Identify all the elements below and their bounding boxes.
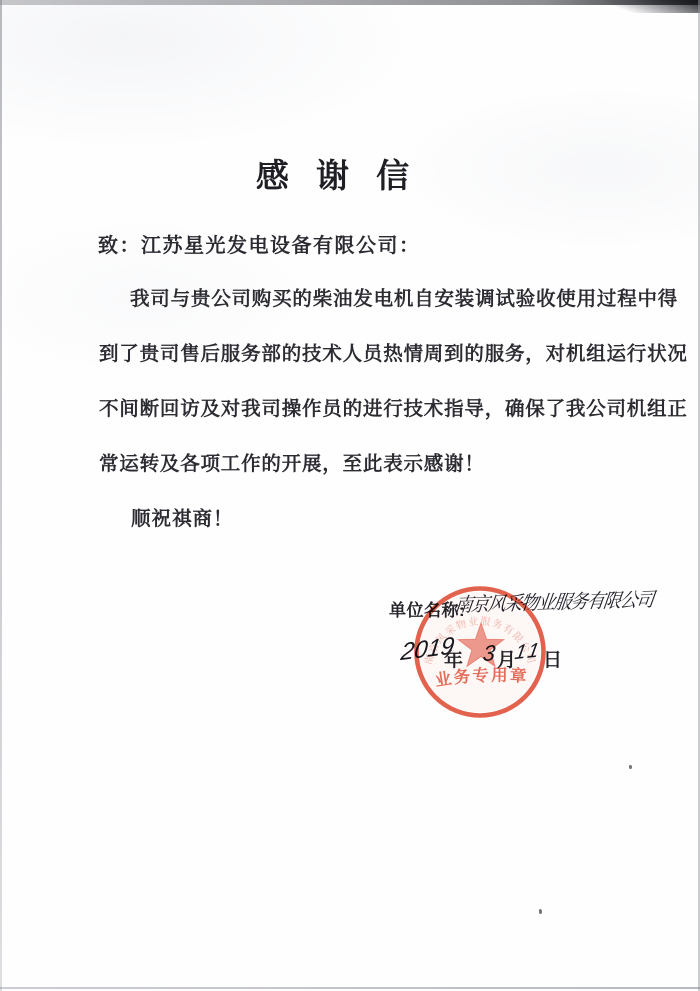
dust-speck (539, 909, 542, 914)
closing-wish-line: 顺祝祺商！ (131, 503, 234, 531)
body-paragraph-line: 我司与贵公司购买的柴油发电机自安装调试验收使用过程中得 (130, 283, 678, 311)
salutation-line: 致：江苏星光发电设备有限公司： (98, 229, 421, 258)
letter-title: 感 谢 信 (256, 150, 418, 197)
scan-edge-left (0, 0, 2, 991)
scanned-letter-page: 感 谢 信 致：江苏星光发电设备有限公司： 我司与贵公司购买的柴油发电机自安装调… (0, 0, 700, 991)
body-paragraph-line: 常运转及各项工作的开展，至此表示感谢！ (99, 448, 485, 476)
scan-edge-bottom (0, 987, 700, 989)
dust-speck (629, 765, 632, 769)
company-seal-stamp: 南京风采物业服务有限公司 业务专用章 (411, 583, 549, 721)
body-paragraph-line: 不间断回访及对我司操作员的进行技术指导，确保了我公司机组正 (99, 393, 688, 421)
body-paragraph-line: 到了贵司售后服务部的技术人员热情周到的服务，对机组运行状况 (99, 338, 688, 366)
scan-edge-top (0, 0, 700, 5)
scan-edge-top-right-smudge (605, 0, 700, 13)
